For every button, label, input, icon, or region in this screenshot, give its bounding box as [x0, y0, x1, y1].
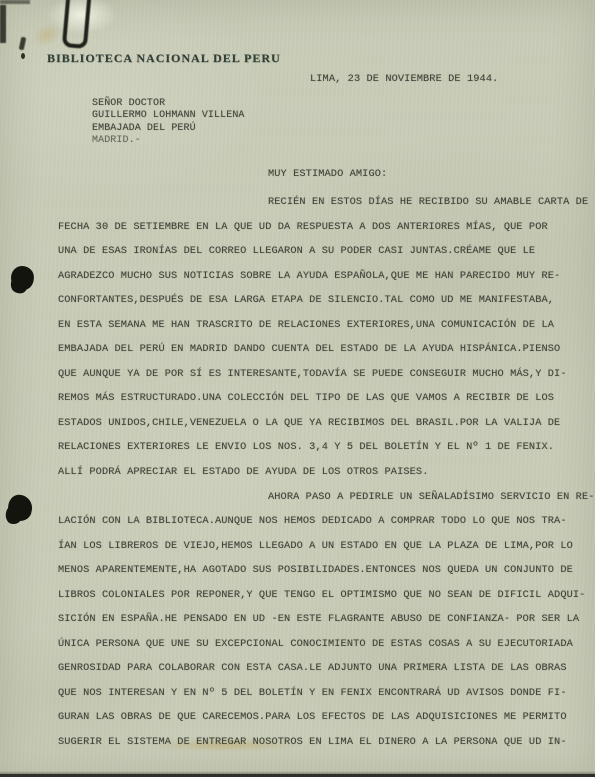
body-line: REMOS MÁS ESTRUCTURADO.UNA COLECCIÓN DEL…: [58, 386, 590, 411]
body-line: AGRADEZCO MUCHO SUS NOTICIAS SOBRE LA AY…: [58, 264, 590, 289]
ink-tick-mark: [19, 37, 27, 51]
body-line: LIBROS COLONIALES POR REPONER,Y QUE TENG…: [58, 583, 590, 608]
letterhead: BIBLIOTECA NACIONAL DEL PERU: [47, 51, 281, 66]
body-line: MENOS APARENTEMENTE,HA AGOTADO SUS POSIB…: [58, 558, 590, 583]
body-line: ÚNICA PERSONA QUE UNE SU EXCEPCIONAL CON…: [58, 632, 590, 657]
body-line: ALLÍ PODRÁ APRECIAR EL ESTADO DE AYUDA D…: [58, 460, 590, 485]
body-line: UNA DE ESAS IRONÍAS DEL CORREO LLEGARON …: [58, 239, 590, 264]
date-line: LIMA, 23 DE NOVIEMBRE DE 1944.: [310, 73, 498, 85]
ink-tick-dot: [21, 53, 25, 59]
ink-blot-left-lower: [6, 493, 34, 523]
ink-blot-left-upper: [9, 265, 35, 292]
body-line: RELACIONES EXTERIORES LE ENVIO LOS NOS. …: [58, 435, 590, 460]
body-line: EN ESTA SEMANA ME HAN TRASCRITO DE RELAC…: [58, 313, 590, 338]
letter-page: BIBLIOTECA NACIONAL DEL PERU LIMA, 23 DE…: [0, 0, 595, 777]
body-line: CONFORTANTES,DESPUÉS DE ESA LARGA ETAPA …: [58, 288, 590, 313]
recipient-line: MADRID.-: [92, 135, 245, 147]
body-line: GURAN LAS OBRAS DE QUE CARECEMOS.PARA LO…: [58, 705, 590, 730]
body-line: AHORA PASO A PEDIRLE UN SEÑALADÍSIMO SER…: [58, 485, 590, 510]
body-line: ESTADOS UNIDOS,CHILE,VENEZUELA O LA QUE …: [58, 411, 590, 436]
body-line: QUE AUNQUE YA DE POR SÍ ES INTERESANTE,T…: [58, 362, 590, 387]
page-edge-mark-top-left: [0, 5, 6, 43]
salutation: MUY ESTIMADO AMIGO:: [268, 168, 387, 180]
body-line: GENROSIDAD PARA COLABORAR CON ESTA CASA.…: [58, 656, 590, 681]
recipient-line: SEÑOR DOCTOR: [92, 98, 245, 110]
page-edge-mark-top: [0, 0, 30, 4]
body-line: ÍAN LOS LIBREROS DE VIEJO,HEMOS LLEGADO …: [58, 534, 590, 559]
body-line: QUE NOS INTERESAN Y EN Nº 5 DEL BOLETÍN …: [58, 681, 590, 706]
body-line: SUGERIR EL SISTEMA DE ENTREGAR NOSOTROS …: [58, 730, 590, 755]
body-line: FECHA 30 DE SETIEMBRE EN LA QUE UD DA RE…: [58, 215, 590, 240]
body-line: EMBAJADA DEL PERÚ EN MADRID DANDO CUENTA…: [58, 337, 590, 362]
recipient-line: EMBAJADA DEL PERÚ: [92, 123, 245, 135]
recipient-line: GUILLERMO LOHMANN VILLENA: [92, 110, 245, 122]
body-line: LACIÓN CON LA BIBLIOTECA.AUNQUE NOS HEMO…: [58, 509, 590, 534]
body-line: SICIÓN EN ESPAÑA.HE PENSADO EN UD -EN ES…: [58, 607, 590, 632]
recipient-block: SEÑOR DOCTORGUILLERMO LOHMANN VILLENAEMB…: [92, 98, 245, 147]
letter-body: RECIÉN EN ESTOS DÍAS HE RECIBIDO SU AMAB…: [58, 190, 590, 755]
body-line: RECIÉN EN ESTOS DÍAS HE RECIBIDO SU AMAB…: [58, 190, 590, 215]
